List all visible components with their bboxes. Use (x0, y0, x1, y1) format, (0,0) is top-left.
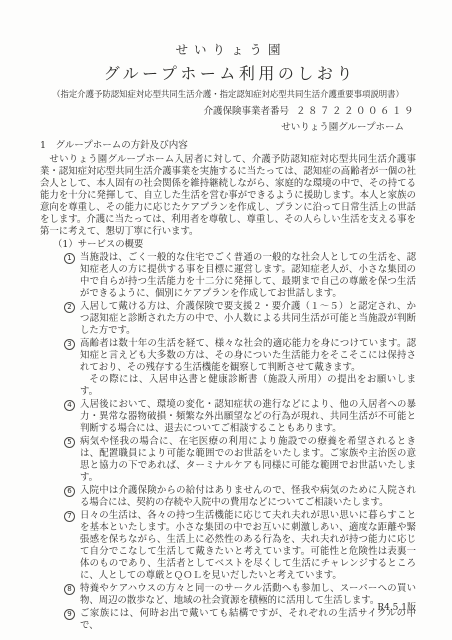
list-item: 8 特養やケアハウスの方々と同一のサークル活動へも参加し、スーパーへの買い物、周… (40, 583, 416, 607)
list-item-main-text: 高齢者は数十年の生活を経て、様々な社会的適応能力を身につけています。認知症と言え… (80, 338, 416, 374)
list-item: 3 高齢者は数十年の生活を経て、様々な社会的適応能力を身につけています。認知症と… (40, 338, 416, 398)
facility-title: せいりょう園 (40, 40, 416, 58)
circled-number-icon: 9 (64, 609, 75, 620)
circled-number-icon: 4 (64, 400, 75, 411)
circled-number-icon: 3 (64, 339, 75, 350)
list-item: 6 入院中は介護保険からの給付はありませんので、怪我や病気のために入院される場合… (40, 485, 416, 509)
list-item: 1 当施設は、ごく一般的な住宅でごく普通の一般的な社会人としての生活を、認知症老… (40, 252, 416, 300)
list-item-text: 病気や怪我の場合に、在宅医療の利用により施設での療養を希望されるときは、配置職員… (80, 436, 416, 484)
circled-number-icon: 5 (64, 437, 75, 448)
document-subtitle: （指定介護予防認知症対応型共同生活介護・指定認知症対応型共同生活介護重要事項説明… (36, 88, 420, 100)
intro-paragraph: せいりょう園グループホーム入居者に対して、介護予防認知症対応型共同生活介護事業・… (40, 154, 416, 238)
circled-number-icon: 8 (64, 584, 75, 595)
list-item: 2 入居して戴ける方は、介護保険で要支援２・要介護（１～５）と認定され、かつ認知… (40, 301, 416, 337)
list-item: 9 ご家族には、何時お出で戴いても結構ですが、それぞれの生活サイクルの中で、 (40, 608, 416, 632)
section-heading: 1 グループホームの方針及び内容 (40, 140, 416, 152)
insurer-number-label: 介護保険事業者番号 (203, 106, 289, 117)
list-item-text: 特養やケアハウスの方々と同一のサークル活動へも参加し、スーパーへの買い物、周辺の… (80, 583, 416, 607)
document-page: せいりょう園 グループホーム利用のしおり （指定介護予防認知症対応型共同生活介護… (0, 0, 452, 640)
list-item: 5 病気や怪我の場合に、在宅医療の利用により施設での療養を希望されるときは、配置… (40, 436, 416, 484)
list-item: 4 入居後において、環境の変化・認知症状の進行などにより、他の入居者への暴力・異… (40, 399, 416, 435)
insurer-number-line: 介護保険事業者番号２８７２２００６１９ (40, 103, 416, 117)
list-item-text: 高齢者は数十年の生活を経て、様々な社会的適応能力を身につけています。認知症と言え… (80, 338, 416, 398)
list-item-text: ご家族には、何時お出で戴いても結構ですが、それぞれの生活サイクルの中で、 (80, 608, 416, 632)
list-item-text: 入居して戴ける方は、介護保険で要支援２・要介護（１～５）と認定され、かつ認知症と… (80, 301, 416, 337)
list-item-text: 日々の生活は、各々の持つ生活機能に応じて夫れ夫れが思い思いに暮らすことを基本とい… (80, 510, 416, 582)
list-item-text: 入居後において、環境の変化・認知症状の進行などにより、他の入居者への暴力・異常な… (80, 399, 416, 435)
circled-number-icon: 6 (64, 486, 75, 497)
insurer-number-value: ２８７２２００６１９ (296, 106, 416, 117)
page-title: グループホーム利用のしおり (40, 61, 416, 84)
list-item: 7 日々の生活は、各々の持つ生活機能に応じて夫れ夫れが思い思いに暮らすことを基本… (40, 510, 416, 582)
circled-number-icon: 2 (64, 302, 75, 313)
provider-name: せいりょう園グループホーム (40, 119, 416, 133)
version-label: R4.5.1版 (377, 600, 416, 613)
circled-number-icon: 1 (64, 253, 75, 264)
list-item-text: 入院中は介護保険からの給付はありませんので、怪我や病気のために入院される場合には… (80, 485, 416, 509)
list-item-text: 当施設は、ごく一般的な住宅でごく普通の一般的な社会人としての生活を、認知症老人の… (80, 252, 416, 300)
subsection-heading: （1）サービスの概要 (40, 239, 416, 251)
circled-number-icon: 7 (64, 511, 75, 522)
list-item-note: その際には、入居申込書と健康診断書（施設入所用）の提出をお願いします。 (80, 374, 416, 398)
